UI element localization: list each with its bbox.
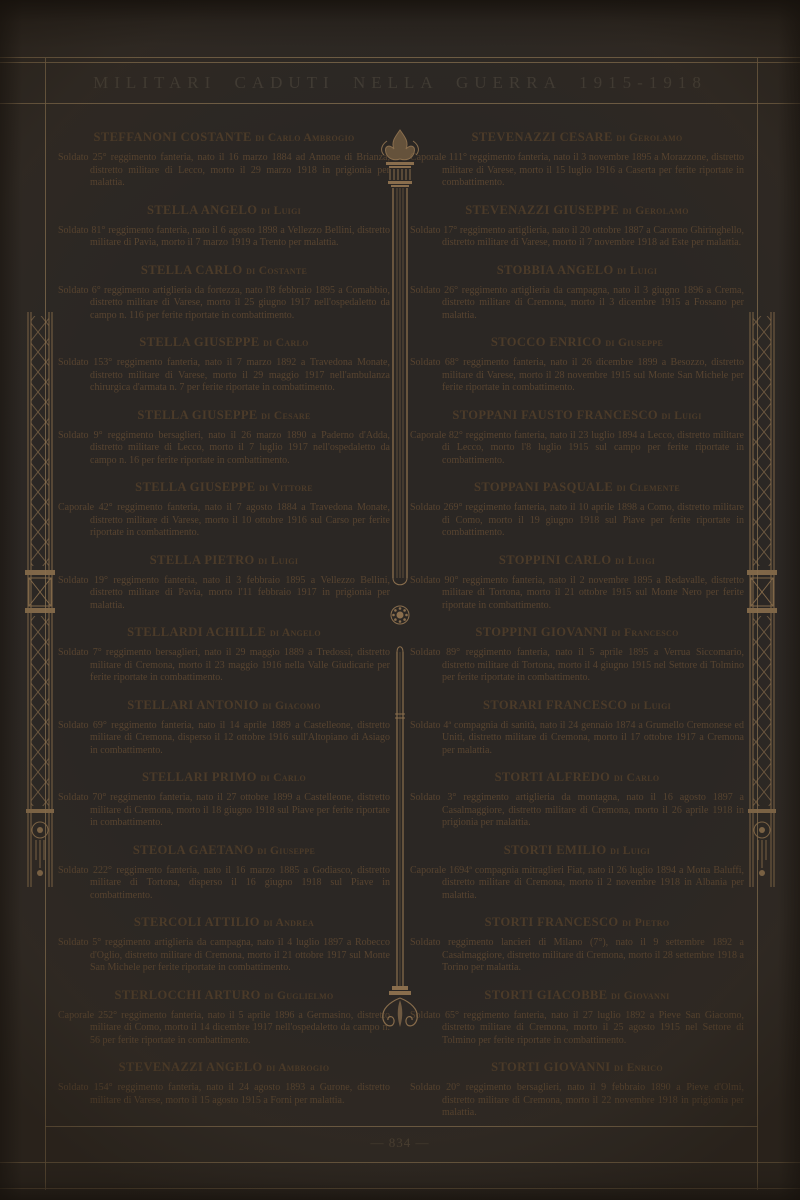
entry-text: Soldato 70° reggimento fanteria, nato il…	[58, 792, 390, 830]
entry-heading: STEOLA GAETANO di Giuseppe	[58, 843, 390, 859]
entry-text: Soldato 26° reggimento artiglieria da ca…	[410, 285, 744, 323]
entry-filiation: di Andrea	[263, 917, 314, 929]
casualty-entry: STERCOLI ATTILIO di Andrea Soldato 5° re…	[58, 915, 390, 975]
entry-filiation: di Ambrogio	[266, 1062, 329, 1074]
casualty-entry: STORTI GIOVANNI di Enrico Soldato 20° re…	[410, 1060, 744, 1120]
casualty-entry: STEOLA GAETANO di Giuseppe Soldato 222° …	[58, 843, 390, 903]
casualty-entry: STEVENAZZI ANGELO di Ambrogio Soldato 15…	[58, 1060, 390, 1107]
entry-surname-given: STELLARI ANTONIO	[127, 698, 259, 712]
entry-text: Soldato 65° reggimento fanteria, nato il…	[410, 1010, 744, 1048]
entry-surname-given: STEVENAZZI ANGELO	[119, 1060, 263, 1074]
entry-filiation: di Vittore	[259, 482, 313, 494]
entry-filiation: di Luigi	[662, 410, 702, 422]
entry-filiation: di Guglielmo	[264, 990, 333, 1002]
entry-text: Soldato 3° reggimento artiglieria da mon…	[410, 792, 744, 830]
entry-surname-given: STORTI ALFREDO	[495, 770, 611, 784]
entry-filiation: di Giuseppe	[257, 845, 315, 857]
entry-surname-given: STELLARI PRIMO	[142, 770, 257, 784]
entry-text: Soldato 5° reggimento artiglieria da cam…	[58, 937, 390, 975]
casualty-entry: STELLA GIUSEPPE di Cesare Soldato 9° reg…	[58, 408, 390, 468]
casualty-entry: STORTI ALFREDO di Carlo Soldato 3° reggi…	[410, 770, 744, 830]
entry-filiation: di Luigi	[610, 845, 650, 857]
entry-filiation: di Enrico	[614, 1062, 663, 1074]
entry-filiation: di Luigi	[631, 700, 671, 712]
entry-heading: STOPPANI PASQUALE di Clemente	[410, 480, 744, 496]
entry-surname-given: STORTI FRANCESCO	[485, 915, 619, 929]
casualty-entry: STELLA CARLO di Costante Soldato 6° regg…	[58, 263, 390, 323]
entry-heading: STELLARI ANTONIO di Giacomo	[58, 698, 390, 714]
entry-text: Soldato reggimento lancieri di Milano (7…	[410, 937, 744, 975]
entry-heading: STELLA CARLO di Costante	[58, 263, 390, 279]
entry-surname-given: STOPPINI GIOVANNI	[475, 625, 607, 639]
entry-filiation: di Luigi	[261, 205, 301, 217]
entry-filiation: di Carlo	[263, 337, 309, 349]
entry-filiation: di Luigi	[258, 555, 298, 567]
entry-heading: STORTI ALFREDO di Carlo	[410, 770, 744, 786]
book-page: MILITARI CADUTI NELLA GUERRA 1915-1918 S…	[0, 0, 800, 1200]
casualty-entry: STELLA ANGELO di Luigi Soldato 81° reggi…	[58, 203, 390, 250]
entry-heading: STEVENAZZI ANGELO di Ambrogio	[58, 1060, 390, 1076]
entry-filiation: di Carlo	[614, 772, 660, 784]
entry-filiation: di Pietro	[622, 917, 669, 929]
entry-text: Caporale 82° reggimento fanteria, nato i…	[410, 430, 744, 468]
entry-filiation: di Gerolamo	[616, 132, 682, 144]
casualty-entry: STORTI GIACOBBE di Giovanni Soldato 65° …	[410, 988, 744, 1048]
entry-text: Soldato 222° reggimento fanteria, nato i…	[58, 865, 390, 903]
entry-heading: STOPPINI CARLO di Luigi	[410, 553, 744, 569]
entry-heading: STELLA ANGELO di Luigi	[58, 203, 390, 219]
entry-filiation: di Costante	[246, 265, 307, 277]
entry-text: Soldato 69° reggimento fanteria, nato il…	[58, 720, 390, 758]
entry-filiation: di Giacomo	[262, 700, 320, 712]
entry-text: Soldato 68° reggimento fanteria, nato il…	[410, 357, 744, 395]
entry-heading: STERLOCCHI ARTURO di Guglielmo	[58, 988, 390, 1004]
entry-heading: STELLA GIUSEPPE di Cesare	[58, 408, 390, 424]
entry-surname-given: STELLA GIUSEPPE	[139, 335, 259, 349]
entry-filiation: di Angelo	[270, 627, 321, 639]
casualty-entry: STELLARI ANTONIO di Giacomo Soldato 69° …	[58, 698, 390, 758]
entry-heading: STEVENAZZI ANGELO di Emilio	[58, 1120, 390, 1122]
entry-surname-given: STOCCO ENRICO	[491, 335, 602, 349]
top-rule-inner	[0, 62, 800, 63]
entry-heading: STORTI GIOVANNI di Enrico	[410, 1060, 744, 1076]
right-column: STEVENAZZI CESARE di Gerolamo Caporale 1…	[410, 130, 744, 1122]
entry-filiation: di Clemente	[617, 482, 680, 494]
entry-surname-given: STORTI GIACOBBE	[484, 988, 607, 1002]
casualty-entry: STORTI FRANCESCO di Pietro Soldato reggi…	[410, 915, 744, 975]
entry-heading: STERCOLI ATTILIO di Andrea	[58, 915, 390, 931]
entry-surname-given: STORTI EMILIO	[504, 843, 607, 857]
casualty-entry: STOBBIA ANGELO di Luigi Soldato 26° regg…	[410, 263, 744, 323]
entry-heading: STOPPINI GIOVANNI di Francesco	[410, 625, 744, 641]
entry-text: Caporale 42° reggimento fanteria, nato i…	[58, 502, 390, 540]
entry-text: Soldato 153° reggimento fanteria, nato i…	[58, 357, 390, 395]
entry-text: Soldato 4ª compagnia di sanità, nato il …	[410, 720, 744, 758]
entry-text: Caporale 1694ª compagnia mitraglieri Fia…	[410, 865, 744, 903]
casualty-entry: STEFFANONI COSTANTE di Carlo Ambrogio So…	[58, 130, 390, 190]
entry-heading: STOCCO ENRICO di Giuseppe	[410, 335, 744, 351]
casualty-entry: STOPPANI PASQUALE di Clemente Soldato 26…	[410, 480, 744, 540]
frame-left-rule	[45, 58, 46, 1190]
entry-surname-given: STELLARDI ACHILLE	[127, 625, 266, 639]
entry-text: Soldato 6° reggimento artiglieria da for…	[58, 285, 390, 323]
entry-text: Soldato 90° reggimento fanteria, nato il…	[410, 575, 744, 613]
entry-text: Soldato 81° reggimento fanteria, nato il…	[58, 225, 390, 250]
casualty-entry: STELLARDI ACHILLE di Angelo Soldato 7° r…	[58, 625, 390, 685]
casualty-entry: STERLOCCHI ARTURO di Guglielmo Caporale …	[58, 988, 390, 1048]
entry-text: Soldato 269° reggimento fanteria, nato i…	[410, 502, 744, 540]
entry-heading: STELLA GIUSEPPE di Carlo	[58, 335, 390, 351]
entry-surname-given: STEVENAZZI GIUSEPPE	[465, 203, 619, 217]
entry-text: Soldato 89° reggimento fanteria, nato il…	[410, 647, 744, 685]
entry-text: Soldato 9° reggimento bersaglieri, nato …	[58, 430, 390, 468]
casualty-entry: STORTI EMILIO di Luigi Caporale 1694ª co…	[410, 843, 744, 903]
page-number: — 834 —	[0, 1133, 800, 1153]
entry-surname-given: STERCOLI ATTILIO	[134, 915, 260, 929]
casualty-entry: STELLA GIUSEPPE di Carlo Soldato 153° re…	[58, 335, 390, 395]
entry-text: Soldato 25° reggimento fanteria, nato il…	[58, 152, 390, 190]
entry-surname-given: STELLA GIUSEPPE	[137, 408, 257, 422]
entry-text: Soldato 19° reggimento fanteria, nato il…	[58, 575, 390, 613]
entry-text: Caporale 111° reggimento fanteria, nato …	[410, 152, 744, 190]
entry-filiation: di Giuseppe	[605, 337, 663, 349]
entry-heading: STORTI FRANCESCO di Pietro	[410, 915, 744, 931]
entry-heading: STELLARDI ACHILLE di Angelo	[58, 625, 390, 641]
entry-surname-given: STORARI FRANCESCO	[483, 698, 627, 712]
entry-surname-given: STEVENAZZI CESARE	[472, 130, 613, 144]
entry-heading: STEVENAZZI GIUSEPPE di Gerolamo	[410, 203, 744, 219]
casualty-entry: STELLARI PRIMO di Carlo Soldato 70° regg…	[58, 770, 390, 830]
casualty-entry: STORARI FRANCESCO di Luigi Soldato 4ª co…	[410, 698, 744, 758]
entry-surname-given: STELLA CARLO	[141, 263, 243, 277]
casualty-entry: STELLA PIETRO di Luigi Soldato 19° reggi…	[58, 553, 390, 613]
casualty-entry: STELLA GIUSEPPE di Vittore Caporale 42° …	[58, 480, 390, 540]
entry-surname-given: STELLA GIUSEPPE	[135, 480, 255, 494]
entry-filiation: di Cesare	[261, 410, 310, 422]
frame-right-rule	[757, 58, 758, 1190]
entry-surname-given: STELLA ANGELO	[147, 203, 257, 217]
entry-heading: STELLA PIETRO di Luigi	[58, 553, 390, 569]
entry-heading: STORARI FRANCESCO di Luigi	[410, 698, 744, 714]
entry-surname-given: STOPPANI PASQUALE	[474, 480, 613, 494]
entry-surname-given: STELLA PIETRO	[150, 553, 255, 567]
entry-surname-given: STORTI GIOVANNI	[491, 1060, 610, 1074]
entry-filiation: di Gerolamo	[623, 205, 689, 217]
top-rule-outer	[0, 57, 800, 58]
entry-text: Soldato 7° reggimento bersaglieri, nato …	[58, 647, 390, 685]
casualty-entry: STOPPINI CARLO di Luigi Soldato 90° regg…	[410, 553, 744, 613]
entry-heading: STEFFANONI COSTANTE di Carlo Ambrogio	[58, 130, 390, 146]
entry-text: Soldato 20° reggimento bersaglieri, nato…	[410, 1082, 744, 1120]
footer-top-rule	[45, 1126, 758, 1127]
casualty-entry: STOPPANI FAUSTO FRANCESCO di Luigi Capor…	[410, 408, 744, 468]
casualty-entry: STEVENAZZI GIUSEPPE di Gerolamo Soldato …	[410, 203, 744, 250]
bottom-rule-outer	[0, 1188, 800, 1189]
entry-text: Caporale 252° reggimento fanteria, nato …	[58, 1010, 390, 1048]
entry-surname-given: STOPPINI CARLO	[499, 553, 612, 567]
lattice-column-ornament-icon	[744, 312, 780, 887]
left-column: STEFFANONI COSTANTE di Carlo Ambrogio So…	[58, 130, 390, 1122]
entry-surname-given: STEVENAZZI ANGELO	[126, 1120, 270, 1122]
entry-surname-given: STEOLA GAETANO	[133, 843, 254, 857]
entry-filiation: di Francesco	[611, 627, 678, 639]
entry-heading: STOBBIA ANGELO di Luigi	[410, 263, 744, 279]
entry-heading: STOPPANI FAUSTO FRANCESCO di Luigi	[410, 408, 744, 424]
entry-heading: STORTI GIACOBBE di Giovanni	[410, 988, 744, 1004]
entry-heading: STELLARI PRIMO di Carlo	[58, 770, 390, 786]
entry-filiation: di Luigi	[615, 555, 655, 567]
casualty-entry: STEVENAZZI ANGELO di Emilio Soldato 81° …	[58, 1120, 390, 1122]
entry-surname-given: STOBBIA ANGELO	[497, 263, 614, 277]
casualty-entry: STOCCO ENRICO di Giuseppe Soldato 68° re…	[410, 335, 744, 395]
entry-surname-given: STOPPANI FAUSTO FRANCESCO	[452, 408, 658, 422]
entry-text: Soldato 154° reggimento fanteria, nato i…	[58, 1082, 390, 1107]
entry-filiation: di Carlo	[260, 772, 306, 784]
entry-filiation: di Luigi	[617, 265, 657, 277]
entry-surname-given: STEFFANONI COSTANTE	[93, 130, 251, 144]
page-title: MILITARI CADUTI NELLA GUERRA 1915-1918	[0, 70, 800, 96]
entry-text: Soldato 17° reggimento artiglieria, nato…	[410, 225, 744, 250]
entry-heading: STELLA GIUSEPPE di Vittore	[58, 480, 390, 496]
entry-heading: STEVENAZZI CESARE di Gerolamo	[410, 130, 744, 146]
entry-surname-given: STERLOCCHI ARTURO	[114, 988, 260, 1002]
title-bottom-rule	[0, 103, 800, 104]
entry-heading: STORTI EMILIO di Luigi	[410, 843, 744, 859]
casualty-entry: STOPPINI GIOVANNI di Francesco Soldato 8…	[410, 625, 744, 685]
footer-bottom-rule	[0, 1162, 800, 1163]
entry-filiation: di Giovanni	[611, 990, 670, 1002]
lattice-column-ornament-icon	[22, 312, 58, 887]
casualty-entry: STEVENAZZI CESARE di Gerolamo Caporale 1…	[410, 130, 744, 190]
entry-filiation: di Carlo Ambrogio	[255, 132, 354, 144]
